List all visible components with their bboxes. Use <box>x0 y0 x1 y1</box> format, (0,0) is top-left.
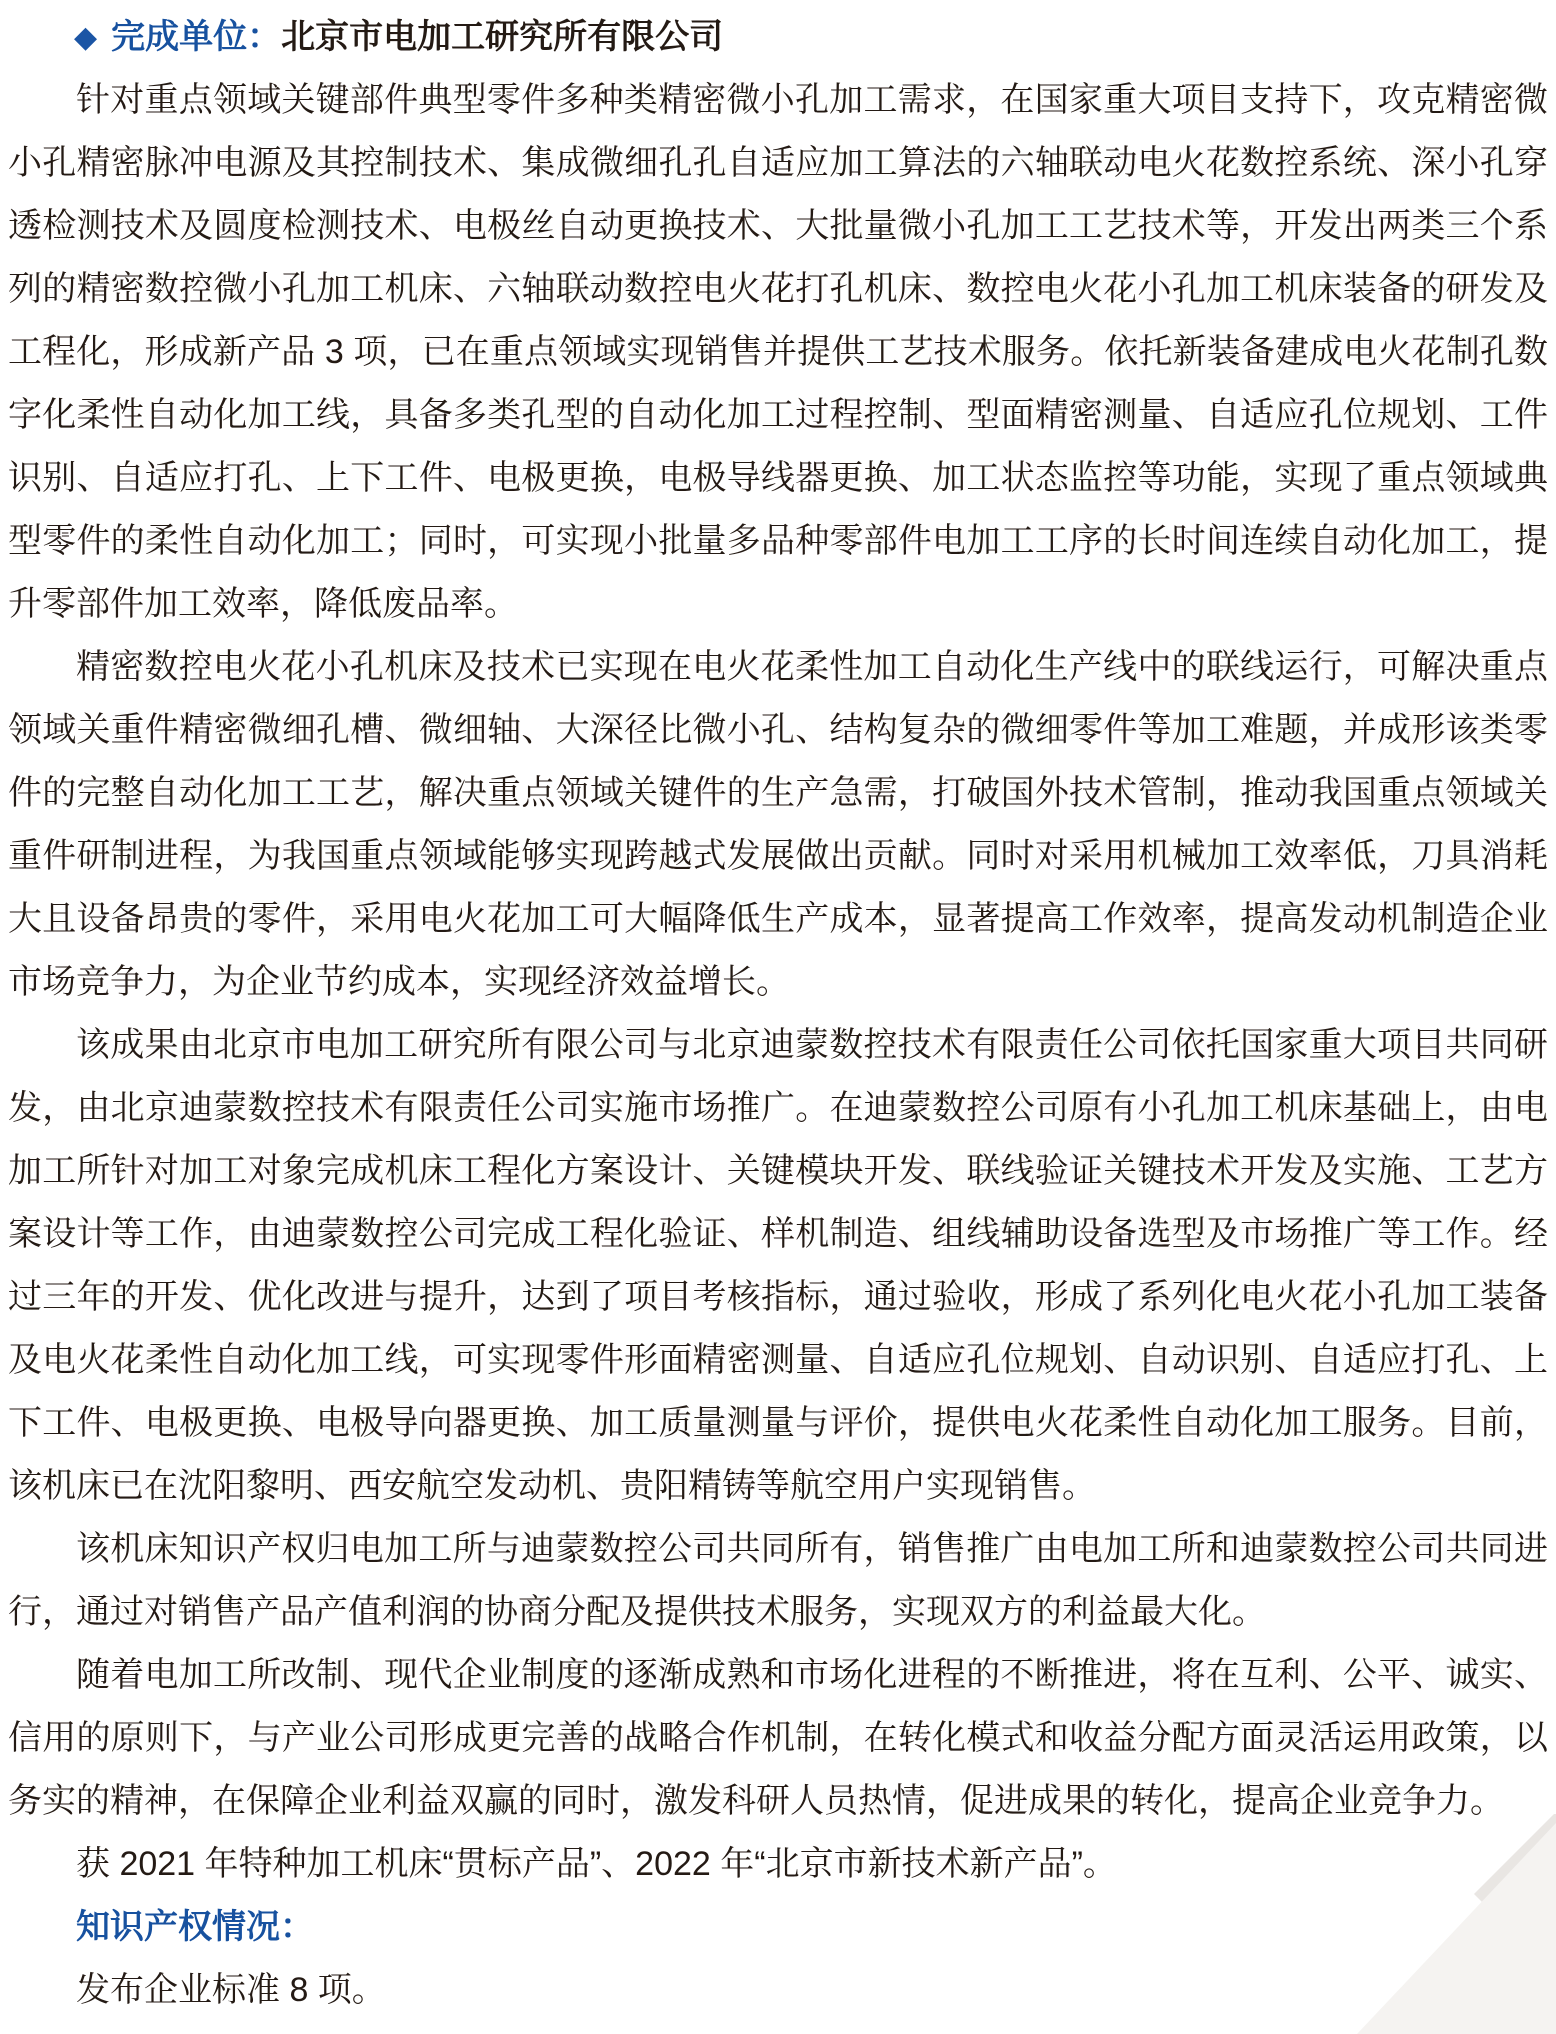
diamond-bullet-icon: ◆ <box>74 21 97 54</box>
body-paragraph: 针对重点领域关键部件典型零件多种类精密微小孔加工需求，在国家重大项目支持下，攻克… <box>8 69 1548 636</box>
completion-unit-line: ◆完成单位：北京市电加工研究所有限公司 <box>8 6 1548 69</box>
document-page: ◆完成单位：北京市电加工研究所有限公司 针对重点领域关键部件典型零件多种类精密微… <box>8 6 1548 2022</box>
body-paragraph: 该机床知识产权归电加工所与迪蒙数控公司共同所有，销售推广由电加工所和迪蒙数控公司… <box>8 1518 1548 1644</box>
ip-section-item: 发布企业标准 8 项。 <box>8 1959 1548 2022</box>
body-paragraph: 精密数控电火花小孔机床及技术已实现在电火花柔性加工自动化生产线中的联线运行，可解… <box>8 636 1548 1014</box>
ip-section-heading: 知识产权情况： <box>8 1896 1548 1959</box>
body-paragraph: 随着电加工所改制、现代企业制度的逐渐成熟和市场化进程的不断推进，将在互利、公平、… <box>8 1644 1548 1833</box>
body-paragraph: 该成果由北京市电加工研究所有限公司与北京迪蒙数控技术有限责任公司依托国家重大项目… <box>8 1014 1548 1518</box>
completion-unit-company: 北京市电加工研究所有限公司 <box>281 18 723 56</box>
awards-paragraph: 获 2021 年特种加工机床“贯标产品”、2022 年“北京市新技术新产品”。 <box>8 1833 1548 1896</box>
completion-unit-label: 完成单位： <box>111 18 281 56</box>
